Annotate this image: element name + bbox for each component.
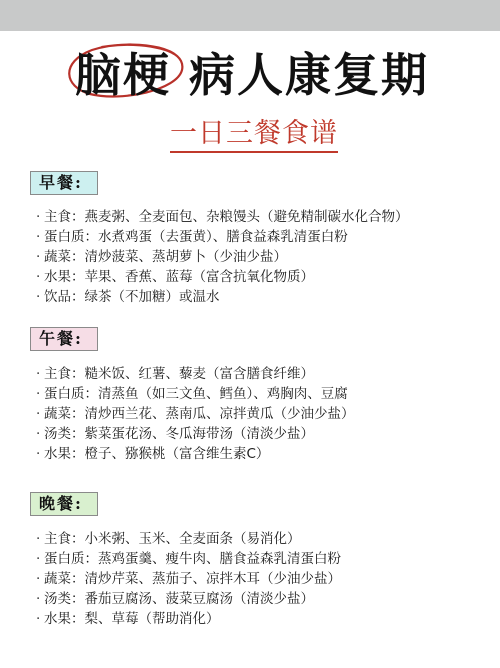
- item-category: 蔬菜：: [44, 406, 85, 422]
- item-content: 蒸鸡蛋羹、瘦牛肉、膳食益森乳清蛋白粉: [98, 551, 341, 567]
- bullet: ·: [36, 529, 44, 549]
- bullet: ·: [36, 207, 44, 227]
- list-item: ·蛋白质：清蒸鱼（如三文鱼、鳕鱼）、鸡胸肉、豆腐: [36, 384, 355, 404]
- top-gray-bar: [0, 0, 500, 31]
- bullet: ·: [36, 549, 44, 569]
- list-item: ·蛋白质：水煮鸡蛋（去蛋黄）、膳食益森乳清蛋白粉: [36, 227, 409, 247]
- subtitle: 一日三餐食谱: [170, 117, 338, 153]
- list-item: ·蛋白质：蒸鸡蛋羹、瘦牛肉、膳食益森乳清蛋白粉: [36, 549, 341, 569]
- title-circled-word: 脑梗: [75, 48, 171, 102]
- bullet: ·: [36, 444, 44, 464]
- bullet: ·: [36, 609, 44, 629]
- list-item: ·主食：小米粥、玉米、全麦面条（易消化）: [36, 529, 341, 549]
- title-rest: 病人康复期: [189, 48, 429, 102]
- item-content: 梨、草莓（帮助消化）: [85, 611, 220, 627]
- item-content: 番茄豆腐汤、菠菜豆腐汤（清淡少盐）: [85, 591, 315, 607]
- list-item: ·水果：苹果、香蕉、蓝莓（富含抗氧化物质）: [36, 267, 409, 287]
- item-content: 清炒菠菜、蒸胡萝卜（少油少盐）: [85, 249, 288, 265]
- item-category: 饮品：: [44, 289, 85, 305]
- lunch-label: 午餐:: [30, 327, 98, 351]
- item-content: 水煮鸡蛋（去蛋黄）、膳食益森乳清蛋白粉: [98, 229, 348, 245]
- item-category: 汤类：: [44, 426, 85, 442]
- list-item: ·蔬菜：清炒芹菜、蒸茄子、凉拌木耳（少油少盐）: [36, 569, 341, 589]
- page-title: 脑梗 病人康复期: [0, 42, 500, 108]
- breakfast-label: 早餐:: [30, 171, 98, 195]
- dinner-label: 晚餐:: [30, 492, 98, 516]
- item-category: 蔬菜：: [44, 249, 85, 265]
- item-content: 燕麦粥、全麦面包、杂粮馒头（避免精制碳水化合物）: [85, 209, 409, 225]
- bullet: ·: [36, 569, 44, 589]
- item-content: 清炒西兰花、蒸南瓜、凉拌黄瓜（少油少盐）: [85, 406, 355, 422]
- item-category: 主食：: [44, 531, 85, 547]
- bullet: ·: [36, 589, 44, 609]
- breakfast-list: ·主食：燕麦粥、全麦面包、杂粮馒头（避免精制碳水化合物） ·蛋白质：水煮鸡蛋（去…: [36, 207, 409, 307]
- list-item: ·水果：梨、草莓（帮助消化）: [36, 609, 341, 629]
- item-category: 蛋白质：: [44, 551, 98, 567]
- bullet: ·: [36, 424, 44, 444]
- bullet: ·: [36, 267, 44, 287]
- item-content: 绿茶（不加糖）或温水: [85, 289, 220, 305]
- list-item: ·蔬菜：清炒西兰花、蒸南瓜、凉拌黄瓜（少油少盐）: [36, 404, 355, 424]
- lunch-list: ·主食：糙米饭、红薯、藜麦（富含膳食纤维） ·蛋白质：清蒸鱼（如三文鱼、鳕鱼）、…: [36, 364, 355, 464]
- list-item: ·主食：糙米饭、红薯、藜麦（富含膳食纤维）: [36, 364, 355, 384]
- title-text: 脑梗 病人康复期: [75, 42, 455, 108]
- list-item: ·汤类：紫菜蛋花汤、冬瓜海带汤（清淡少盐）: [36, 424, 355, 444]
- item-category: 蔬菜：: [44, 571, 85, 587]
- item-category: 蛋白质：: [44, 386, 98, 402]
- item-category: 主食：: [44, 366, 85, 382]
- item-content: 紫菜蛋花汤、冬瓜海带汤（清淡少盐）: [85, 426, 315, 442]
- dinner-list: ·主食：小米粥、玉米、全麦面条（易消化） ·蛋白质：蒸鸡蛋羹、瘦牛肉、膳食益森乳…: [36, 529, 341, 629]
- list-item: ·蔬菜：清炒菠菜、蒸胡萝卜（少油少盐）: [36, 247, 409, 267]
- item-content: 小米粥、玉米、全麦面条（易消化）: [85, 531, 301, 547]
- item-category: 水果：: [44, 446, 85, 462]
- item-category: 蛋白质：: [44, 229, 98, 245]
- item-content: 苹果、香蕉、蓝莓（富含抗氧化物质）: [85, 269, 315, 285]
- bullet: ·: [36, 384, 44, 404]
- item-category: 水果：: [44, 269, 85, 285]
- item-content: 清炒芹菜、蒸茄子、凉拌木耳（少油少盐）: [85, 571, 342, 587]
- bullet: ·: [36, 247, 44, 267]
- item-content: 橙子、猕猴桃（富含维生素C）: [85, 446, 270, 462]
- item-content: 糙米饭、红薯、藜麦（富含膳食纤维）: [85, 366, 315, 382]
- item-category: 汤类：: [44, 591, 85, 607]
- bullet: ·: [36, 404, 44, 424]
- item-content: 清蒸鱼（如三文鱼、鳕鱼）、鸡胸肉、豆腐: [98, 386, 348, 402]
- bullet: ·: [36, 364, 44, 384]
- list-item: ·饮品：绿茶（不加糖）或温水: [36, 287, 409, 307]
- bullet: ·: [36, 287, 44, 307]
- list-item: ·主食：燕麦粥、全麦面包、杂粮馒头（避免精制碳水化合物）: [36, 207, 409, 227]
- item-category: 主食：: [44, 209, 85, 225]
- bullet: ·: [36, 227, 44, 247]
- item-category: 水果：: [44, 611, 85, 627]
- list-item: ·水果：橙子、猕猴桃（富含维生素C）: [36, 444, 355, 464]
- list-item: ·汤类：番茄豆腐汤、菠菜豆腐汤（清淡少盐）: [36, 589, 341, 609]
